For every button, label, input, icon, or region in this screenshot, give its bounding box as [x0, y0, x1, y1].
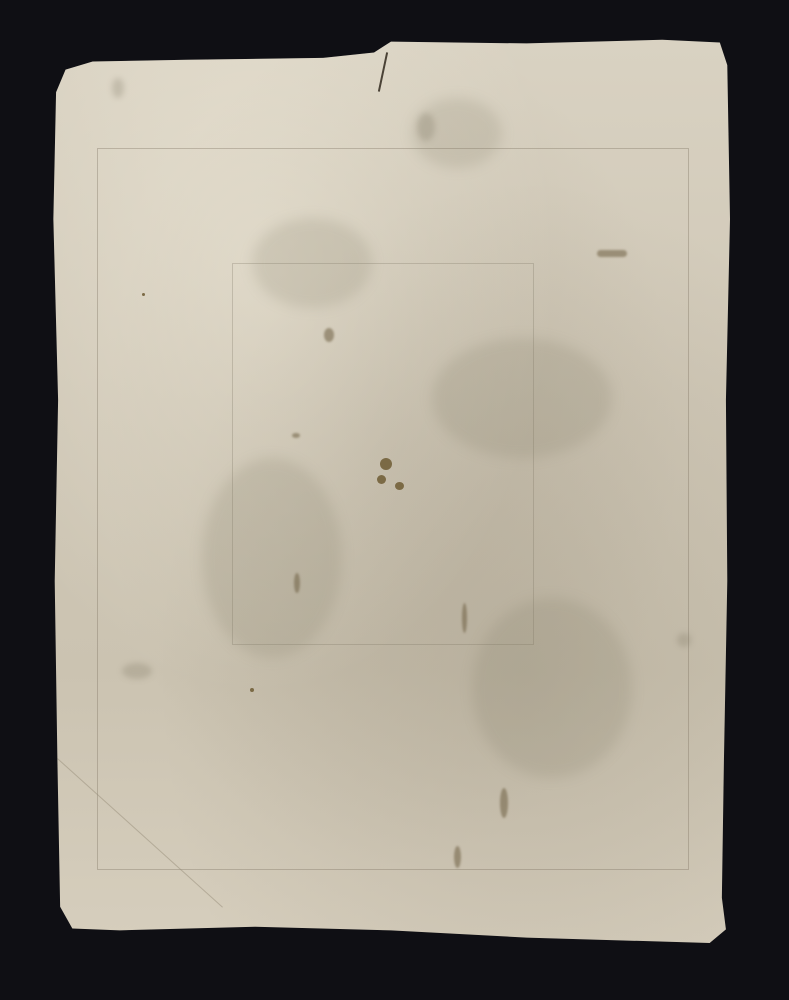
ink-drop: [395, 482, 404, 490]
ink-dot: [142, 293, 145, 296]
foxing-spot: [417, 113, 435, 141]
stain-mark: [294, 573, 300, 593]
ink-drop: [377, 475, 386, 484]
stain-mark: [500, 788, 508, 818]
stain-mark: [597, 250, 627, 257]
stain-mark: [454, 846, 461, 868]
bleed-through-patch: [202, 458, 342, 658]
stain-mark: [292, 433, 300, 438]
stain-mark: [462, 603, 467, 633]
ink-dot: [250, 688, 254, 692]
foxing-spot: [122, 663, 152, 679]
edge-tear: [378, 52, 388, 92]
bleed-through-patch: [432, 338, 612, 458]
ink-drop: [380, 458, 392, 470]
paper-sheet-verso: [52, 38, 730, 943]
bleed-through-patch: [252, 218, 372, 308]
foxing-spot: [112, 78, 124, 98]
stain-mark: [324, 328, 334, 342]
bleed-through-patch: [472, 598, 632, 778]
foxing-spot: [677, 633, 691, 647]
